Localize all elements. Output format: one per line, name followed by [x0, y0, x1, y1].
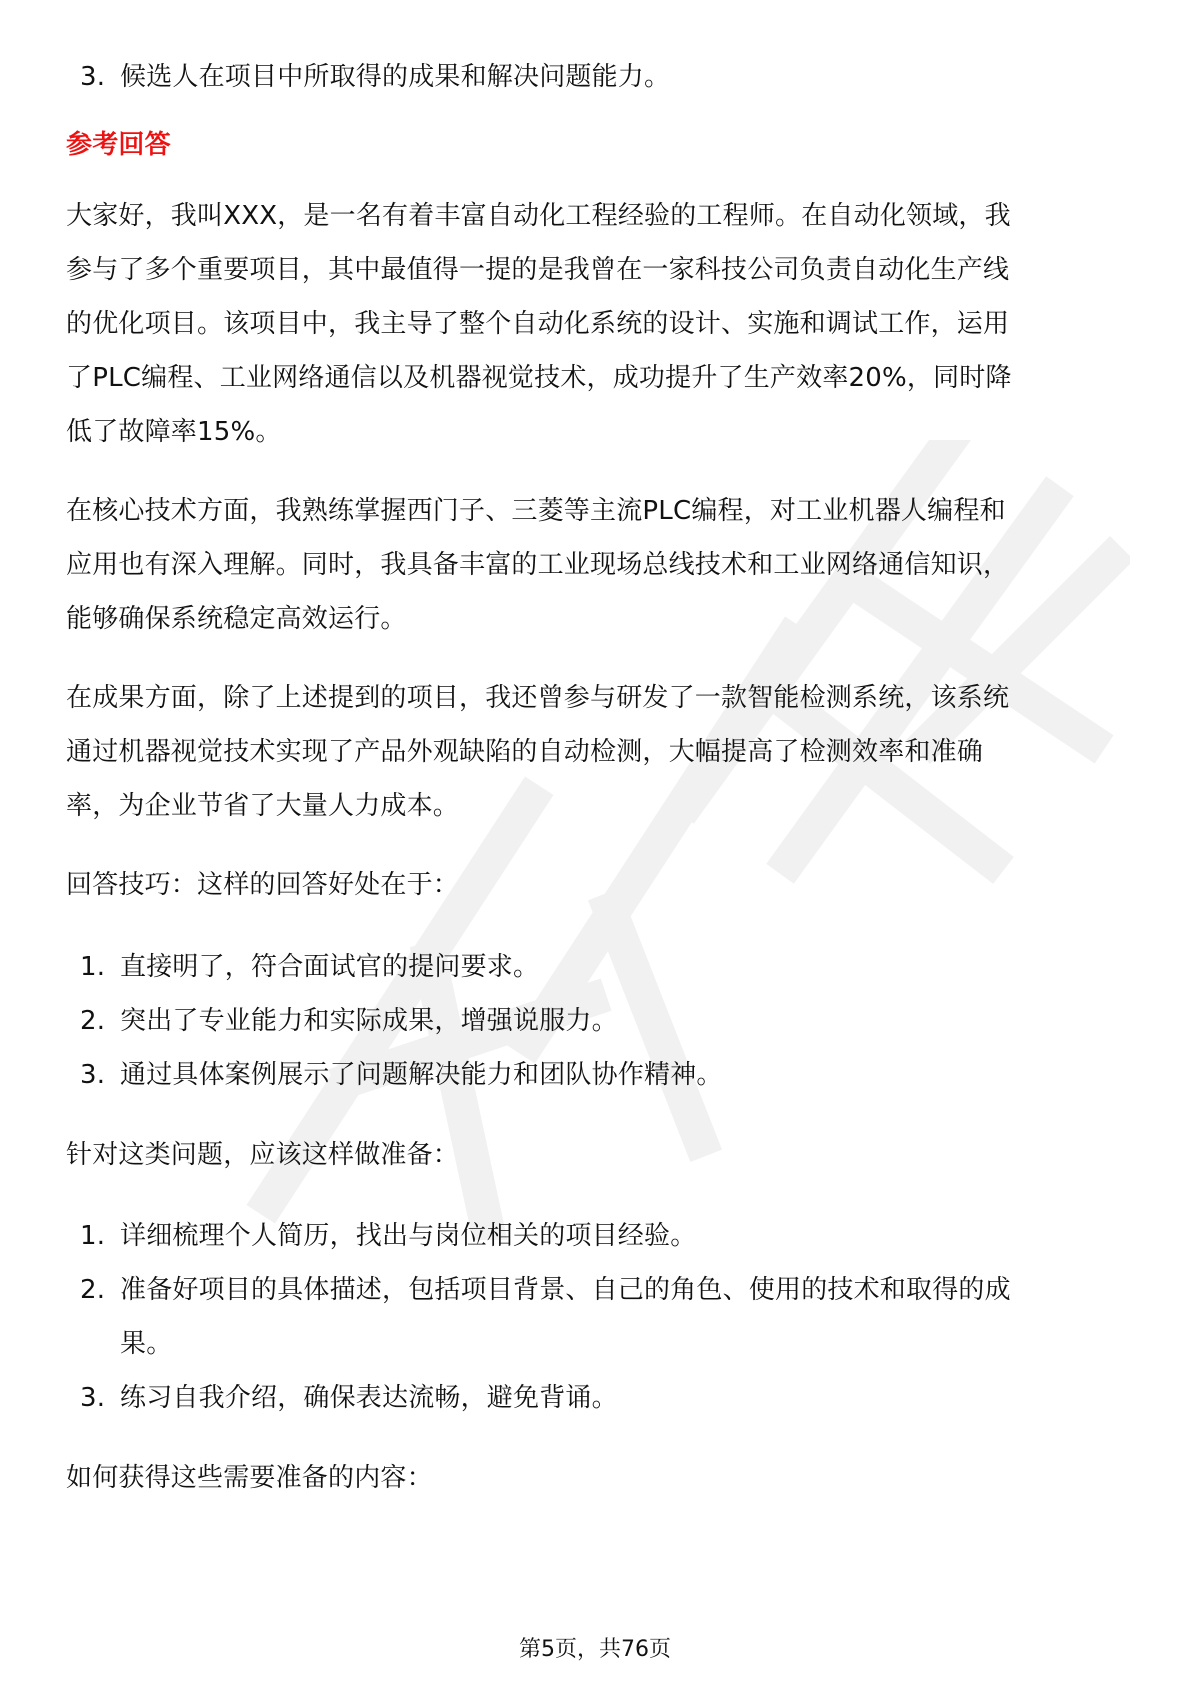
paragraph-line: 能够确保系统稳定高效运行。 — [66, 602, 407, 636]
list-item: 1.直接明了，符合面试官的提问要求。 — [80, 950, 539, 984]
list-item: 3.练习自我介绍，确保表达流畅，避免背诵。 — [80, 1381, 618, 1415]
document-page: 3.候选人在项目中所取得的成果和解决问题能力。 参考回答 大家好，我叫XXX，是… — [0, 0, 1190, 1684]
list-text: 通过具体案例展示了问题解决能力和团队协作精神。 — [120, 1060, 723, 1090]
preparation-intro: 针对这类问题，应该这样做准备： — [66, 1138, 459, 1172]
list-item: 3.通过具体案例展示了问题解决能力和团队协作精神。 — [80, 1058, 723, 1092]
paragraph-line: 通过机器视觉技术实现了产品外观缺陷的自动检测，大幅提高了检测效率和准确 — [66, 735, 983, 769]
list-text: 准备好项目的具体描述，包括项目背景、自己的角色、使用的技术和取得的成 — [120, 1275, 1011, 1305]
paragraph-line: 了PLC编程、工业网络通信以及机器视觉技术，成功提升了生产效率20%，同时降 — [66, 361, 1012, 395]
list-number: 3. — [80, 1381, 120, 1415]
list-item: 1.详细梳理个人简历，找出与岗位相关的项目经验。 — [80, 1219, 696, 1253]
list-number: 1. — [80, 950, 120, 984]
list-text: 练习自我介绍，确保表达流畅，避免背诵。 — [120, 1383, 618, 1413]
list-item: 2.突出了专业能力和实际成果，增强说服力。 — [80, 1004, 618, 1038]
list-item: 2.准备好项目的具体描述，包括项目背景、自己的角色、使用的技术和取得的成 — [80, 1273, 1011, 1307]
paragraph-line: 大家好，我叫XXX，是一名有着丰富自动化工程经验的工程师。在自动化领域，我 — [66, 199, 1011, 233]
list-text: 候选人在项目中所取得的成果和解决问题能力。 — [120, 62, 670, 92]
list-text-continuation: 果。 — [120, 1327, 172, 1361]
list-text: 详细梳理个人简历，找出与岗位相关的项目经验。 — [120, 1221, 696, 1251]
list-text: 直接明了，符合面试官的提问要求。 — [120, 952, 539, 982]
tips-intro: 回答技巧：这样的回答好处在于： — [66, 868, 459, 902]
paragraph-line: 应用也有深入理解。同时，我具备丰富的工业现场总线技术和工业网络通信知识， — [66, 548, 1009, 582]
list-number: 2. — [80, 1273, 120, 1307]
page-indicator: 第5页，共76页 — [0, 1636, 1190, 1664]
list-number: 3. — [80, 1058, 120, 1092]
list-text: 突出了专业能力和实际成果，增强说服力。 — [120, 1006, 618, 1036]
list-number: 2. — [80, 1004, 120, 1038]
paragraph-line: 参与了多个重要项目，其中最值得一提的是我曾在一家科技公司负责自动化生产线 — [66, 253, 1009, 287]
paragraph-line: 在成果方面，除了上述提到的项目，我还曾参与研发了一款智能检测系统，该系统 — [66, 681, 1009, 715]
how-to-get-intro: 如何获得这些需要准备的内容： — [66, 1461, 433, 1495]
reference-answer-heading: 参考回答 — [66, 128, 171, 162]
paragraph-line: 的优化项目。该项目中，我主导了整个自动化系统的设计、实施和调试工作，运用 — [66, 307, 1009, 341]
list-number: 1. — [80, 1219, 120, 1253]
paragraph-line: 率，为企业节省了大量人力成本。 — [66, 789, 459, 823]
paragraph-line: 在核心技术方面，我熟练掌握西门子、三菱等主流PLC编程，对工业机器人编程和 — [66, 494, 1006, 528]
list-number: 3. — [80, 60, 120, 94]
list-item: 3.候选人在项目中所取得的成果和解决问题能力。 — [80, 60, 670, 94]
paragraph-line: 低了故障率15%。 — [66, 415, 282, 449]
